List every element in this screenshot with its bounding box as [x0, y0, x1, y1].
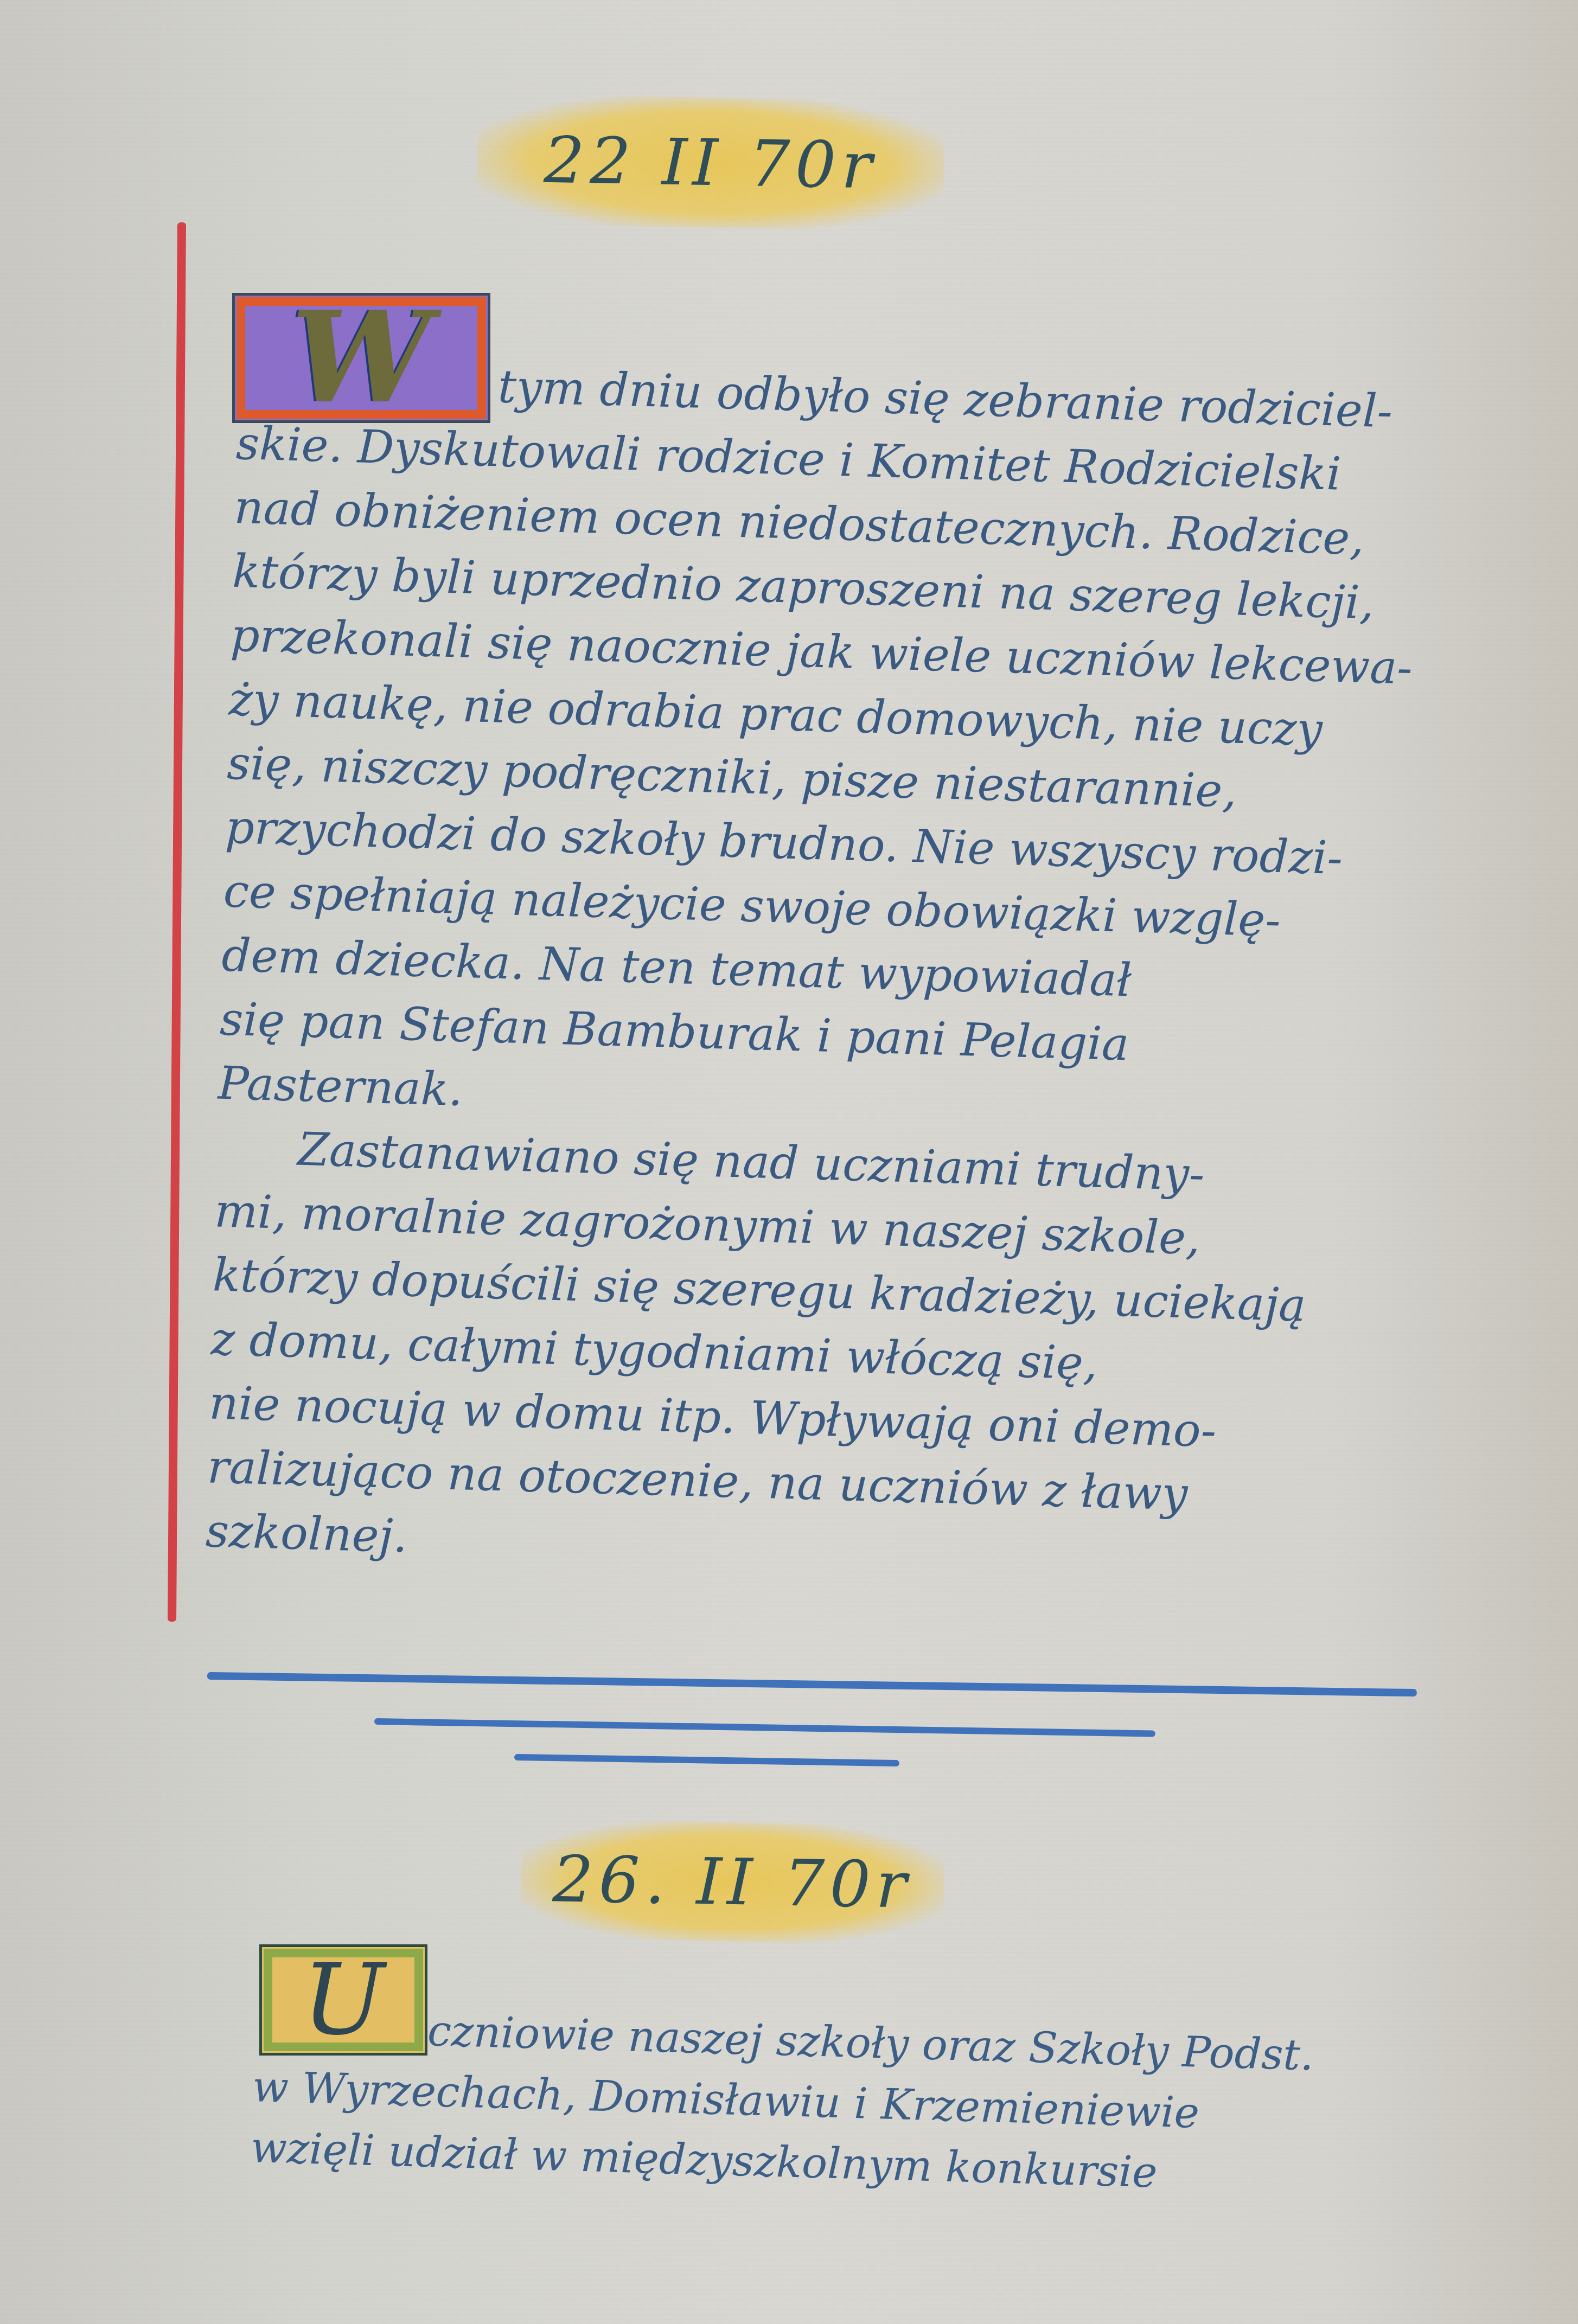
- entry-date: 22 II 70r: [543, 123, 878, 203]
- entry-date: 26. II 70r: [552, 1841, 913, 1923]
- chronicle-page: 22 II 70r W tym dniu odbyło się zebranie…: [0, 0, 1578, 2324]
- entry-text: tym dniu odbyło się zebranie rodziciel- …: [205, 347, 1562, 1599]
- blue-divider-medium: [374, 1718, 1155, 1737]
- entry-text: czniowie naszej szkoły oraz Szkoły Podst…: [250, 1996, 1578, 2215]
- blue-divider-long: [207, 1672, 1417, 1696]
- red-margin-line: [168, 222, 186, 1622]
- blue-divider-short: [514, 1754, 899, 1766]
- entry-date-banner: 26. II 70r: [520, 1819, 945, 1945]
- entry-date-banner: 22 II 70r: [476, 94, 945, 232]
